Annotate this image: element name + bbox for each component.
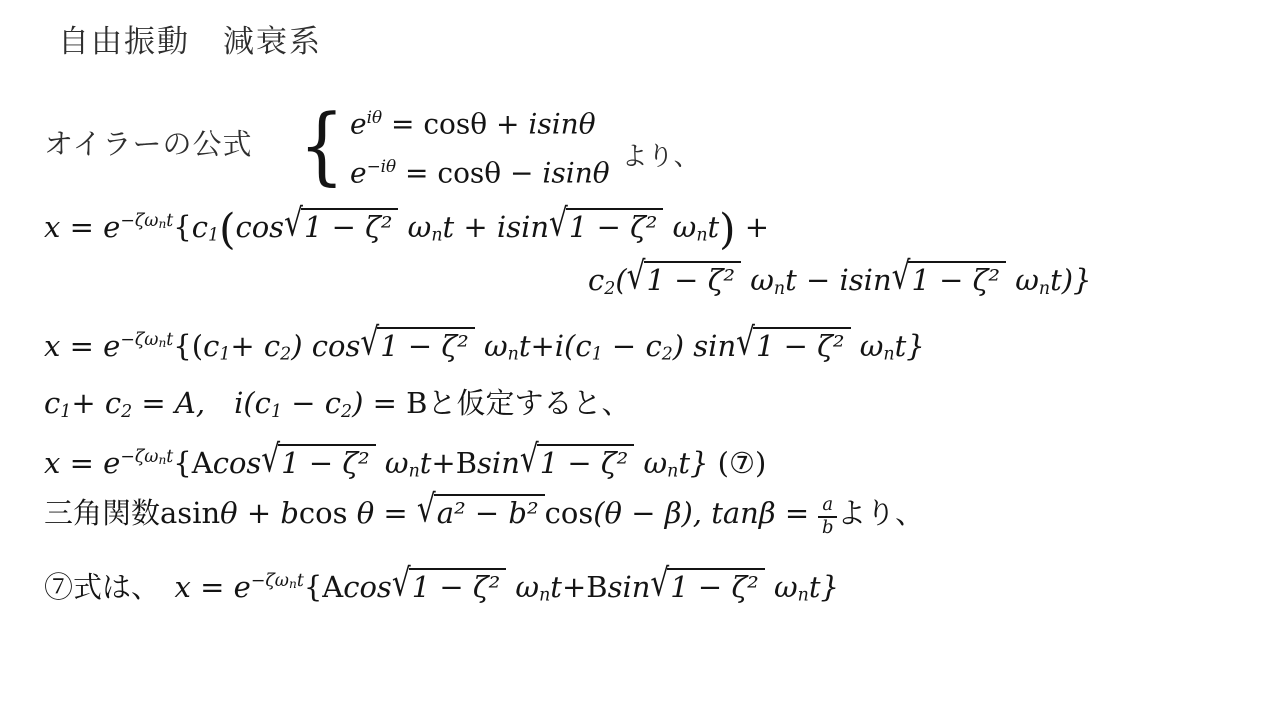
formula-equation-7-restated: ⑦式は、 x = e−ζωnt{Acos√1 − ζ² ωnt+Bsin√1 −… [44, 558, 839, 619]
euler-case-negative: e−iθ = cosθ − isinθ [350, 145, 610, 194]
euler-formula-block: オイラーの公式 { eiθ = cosθ + isinθ e−iθ = cosθ… [44, 96, 700, 195]
slide-title: 自由振動 減衰系 [58, 16, 322, 61]
euler-case-positive: eiθ = cosθ + isinθ [350, 96, 610, 145]
cases-brace: { [299, 106, 344, 186]
formula-x-expansion-line-1: x = e−ζωnt{c1(cos√1 − ζ² ωnt + isin√1 − … [44, 198, 769, 259]
euler-label: オイラーの公式 [44, 122, 253, 168]
euler-cases: eiθ = cosθ + isinθ e−iθ = cosθ − isinθ [350, 96, 610, 195]
formula-trig-identity: 三角関数asinθ + bcos θ = √a² − b²cos(θ − β),… [44, 490, 924, 539]
formula-substitution-definition: c1+ c2 = A, i(c1 − c2) = Bと仮定すると、 [44, 380, 630, 435]
formula-equation-7: x = e−ζωnt{Acos√1 − ζ² ωnt+Bsin√1 − ζ² ω… [44, 434, 766, 495]
euler-suffix: より、 [622, 133, 700, 179]
formula-x-grouped: x = e−ζωnt{(c1+ c2) cos√1 − ζ² ωnt+i(c1 … [44, 317, 925, 378]
lecture-slide: 自由振動 減衰系 オイラーの公式 { eiθ = cosθ + isinθ e−… [0, 0, 1280, 720]
formula-x-expansion-line-2: c2(√1 − ζ² ωnt − isin√1 − ζ² ωnt)} [588, 257, 1092, 312]
